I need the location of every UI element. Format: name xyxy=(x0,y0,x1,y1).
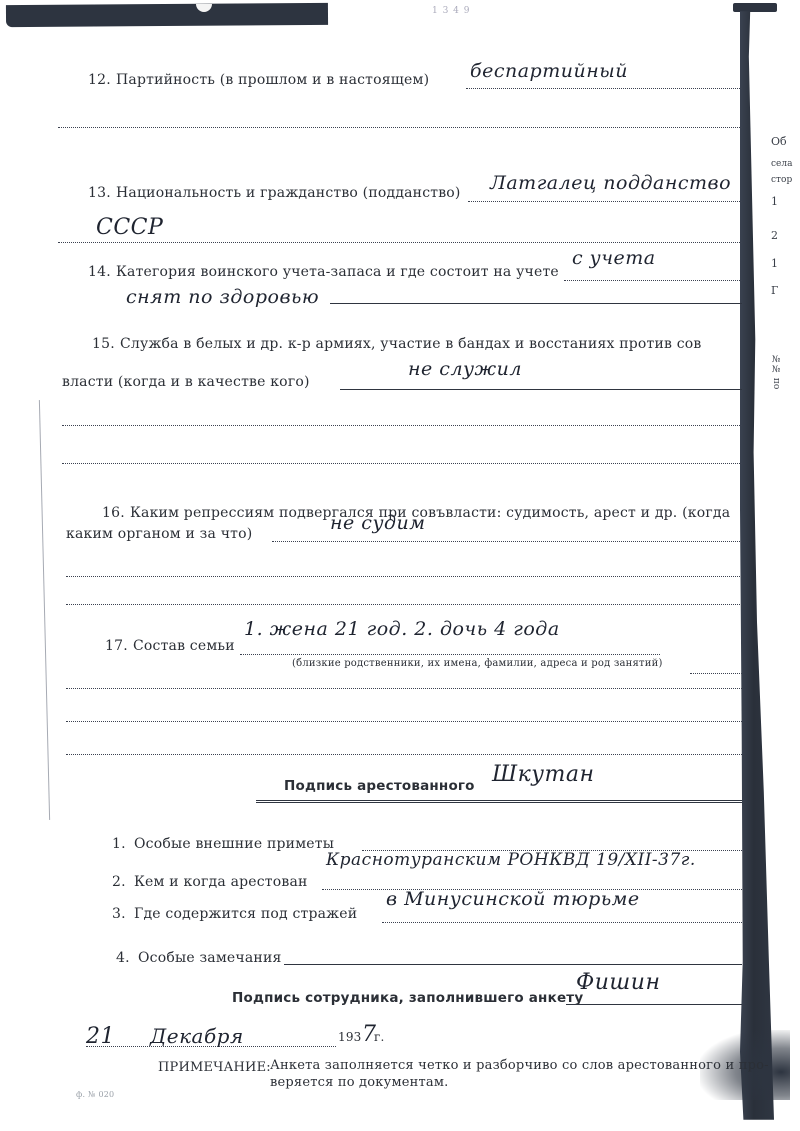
fill-line xyxy=(62,425,742,426)
field-label: Национальность и гражданство (подданство… xyxy=(116,185,461,201)
fill-line xyxy=(66,604,742,605)
field-number: 17. xyxy=(105,638,128,654)
field-number: 16. xyxy=(102,505,125,521)
fill-line xyxy=(340,389,742,390)
fill-line xyxy=(468,201,742,202)
handwritten-value: 1. жена 21 год. 2. дочь 4 года xyxy=(244,618,560,640)
detail-number: 2. xyxy=(112,874,126,890)
field-number: 15. xyxy=(92,336,115,352)
margin-fragment: 2 xyxy=(771,230,778,241)
field-label-cont: каким органом и за что) xyxy=(66,526,252,542)
handwritten-value-cont: СССР xyxy=(96,215,163,240)
form-code: ф. № 020 xyxy=(76,1090,114,1099)
fill-line xyxy=(690,673,742,674)
margin-fragment: №№ по xyxy=(771,355,780,389)
note-label: ПРИМЕЧАНИЕ: xyxy=(158,1060,271,1075)
detail-label: Где содержится под стражей xyxy=(134,906,357,922)
fill-line xyxy=(58,242,742,243)
scan-dark-edge-top xyxy=(6,3,328,27)
left-margin-rule xyxy=(39,400,50,820)
field-label: Состав семьи xyxy=(133,638,235,654)
note-line-2: веряется по документам. xyxy=(270,1075,449,1090)
fill-line xyxy=(62,463,742,464)
field-label: Категория воинского учета-запаса и где с… xyxy=(116,264,559,280)
date-suffix: г. xyxy=(374,1030,385,1044)
fill-line xyxy=(382,922,742,923)
margin-fragment: стор xyxy=(771,176,792,185)
field-number: 14. xyxy=(88,264,111,280)
fill-line xyxy=(66,576,742,577)
handwritten-value: Латгалец подданство xyxy=(490,172,731,194)
detail-label: Кем и когда арестован xyxy=(134,874,308,890)
fill-line xyxy=(58,127,742,128)
fill-line xyxy=(66,688,742,689)
scanned-questionnaire-page: 1 3 4 9 Об села стор 1 2 1 Г №№ по 12. П… xyxy=(0,0,800,1131)
faint-mark: 1 3 4 9 xyxy=(432,6,471,16)
handwritten-value: беспартийный xyxy=(470,60,628,82)
margin-fragment: 1 xyxy=(771,196,778,207)
margin-fragment: села xyxy=(771,160,792,169)
fill-line xyxy=(564,280,742,281)
detail-number: 1. xyxy=(112,836,126,852)
field-label: Партийность (в прошлом и в настоящем) xyxy=(116,72,429,88)
handwritten-value-cont: снят по здоровью xyxy=(126,286,319,308)
detail-label: Особые внешние приметы xyxy=(134,836,334,852)
field-label: Каким репрессиям подвергался при совъвла… xyxy=(130,505,730,521)
fill-line xyxy=(272,541,742,542)
date-month: Декабря xyxy=(150,1024,244,1048)
arrested-signature-label: Подпись арестованного xyxy=(284,778,475,794)
officer-signature-label: Подпись сотрудника, заполнившего анкету xyxy=(232,990,583,1006)
detail-number: 4. xyxy=(116,950,130,966)
fill-line xyxy=(466,88,742,89)
arrested-signature: Шкутан xyxy=(492,762,594,787)
detail-label: Особые замечания xyxy=(138,950,282,966)
handwritten-value: в Минусинской тюрьме xyxy=(386,888,640,910)
date-year-prefix: 193 xyxy=(338,1030,362,1044)
note-line-1: Анкета заполняется четко и разборчиво со… xyxy=(270,1058,769,1073)
handwritten-value: не судим xyxy=(330,512,426,534)
handwritten-value: не служил xyxy=(408,358,522,380)
fill-line xyxy=(66,721,742,722)
signature-rule xyxy=(566,1004,742,1005)
detail-number: 3. xyxy=(112,906,126,922)
fill-line xyxy=(330,303,742,304)
fill-line xyxy=(240,654,660,655)
field-number: 13. xyxy=(88,185,111,201)
scan-binding-cap xyxy=(733,3,777,12)
field-number: 12. xyxy=(88,72,111,88)
handwritten-value: Краснотуранским РОНКВД 19/XII-37г. xyxy=(326,850,696,870)
fill-line xyxy=(66,754,742,755)
field-hint: (близкие родственники, их имена, фамилии… xyxy=(292,658,663,669)
scan-binding-shadow xyxy=(740,0,774,1131)
margin-fragment: Г xyxy=(771,285,778,296)
field-label-cont: власти (когда и в качестве кого) xyxy=(62,374,310,390)
officer-signature: Фишин xyxy=(576,970,660,995)
margin-fragment: 1 xyxy=(771,258,778,269)
fill-line xyxy=(284,964,742,965)
handwritten-value: с учета xyxy=(572,247,656,269)
field-label: Служба в белых и др. к-р армиях, участие… xyxy=(120,336,702,352)
fill-line xyxy=(86,1046,336,1047)
margin-fragment: Об xyxy=(771,136,787,147)
signature-rule xyxy=(256,800,742,803)
